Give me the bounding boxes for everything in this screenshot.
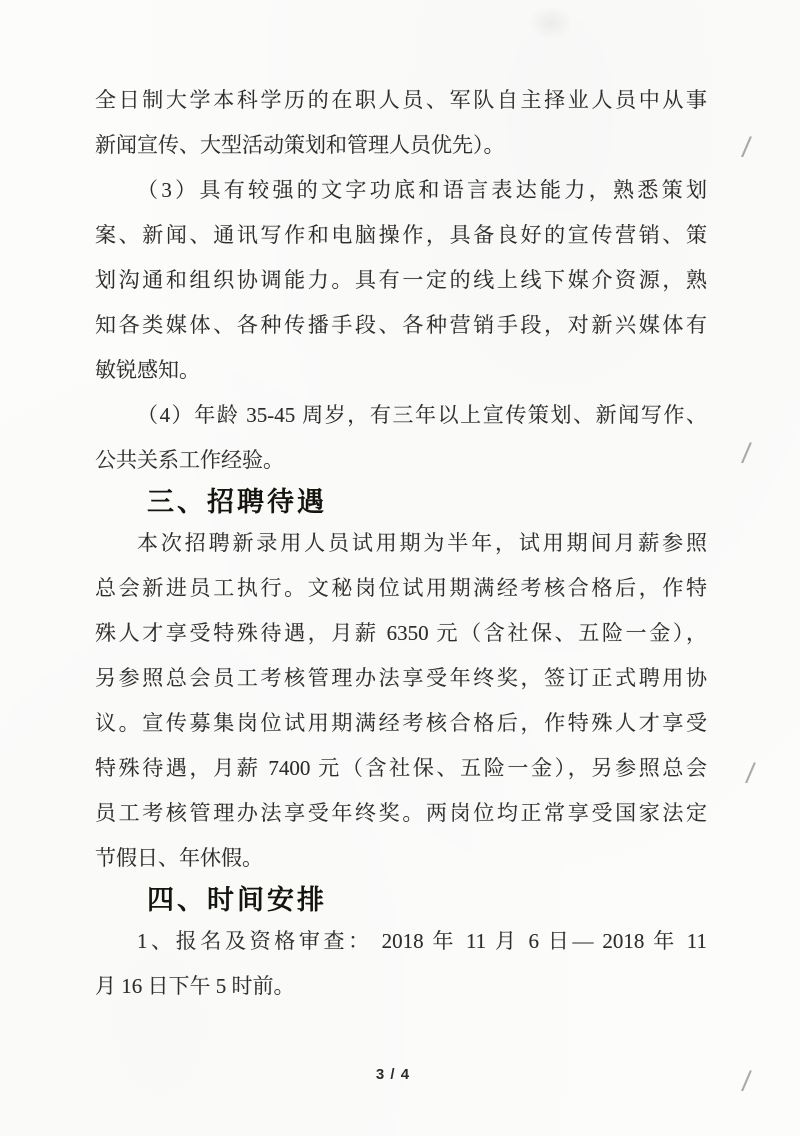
text-line: 敏锐感知。 (95, 348, 707, 393)
page-number: 3 / 4 (0, 1066, 786, 1083)
scan-smudge (528, 6, 574, 40)
scanned-document-page: 全日制大学本科学历的在职人员、军队自主择业人员中从事 新闻宣传、大型活动策划和管… (0, 0, 800, 1136)
text-line: （4）年龄 35-45 周岁，有三年以上宣传策划、新闻写作、 (95, 393, 707, 438)
text-line: 议。宣传募集岗位试用期满经考核合格后，作特殊人才享受 (95, 701, 707, 746)
text-line: 员工考核管理办法享受年终奖。两岗位均正常享受国家法定 (95, 791, 707, 836)
text-line: 总会新进员工执行。文秘岗位试用期满经考核合格后，作特 (95, 566, 707, 611)
text-line: 另参照总会员工考核管理办法享受年终奖，签订正式聘用协 (95, 656, 707, 701)
text-line: 节假日、年休假。 (95, 836, 707, 881)
text-line: 案、新闻、通讯写作和电脑操作，具备良好的宣传营销、策 (95, 213, 707, 258)
scan-artifact-slash: / (740, 438, 752, 469)
text-line: 划沟通和组织协调能力。具有一定的线上线下媒介资源，熟 (95, 258, 707, 303)
text-line: 新闻宣传、大型活动策划和管理人员优先）。 (95, 123, 707, 168)
document-body: 全日制大学本科学历的在职人员、军队自主择业人员中从事 新闻宣传、大型活动策划和管… (95, 78, 707, 1009)
section-heading-recruitment-benefits: 三、招聘待遇 (147, 483, 707, 521)
text-line: 公共关系工作经验。 (95, 438, 707, 483)
text-line: （3）具有较强的文字功底和语言表达能力，熟悉策划 (95, 168, 707, 213)
text-line: 特殊待遇，月薪 7400 元（含社保、五险一金），另参照总会 (95, 746, 707, 791)
text-line: 1、报名及资格审查： 2018 年 11 月 6 日— 2018 年 11 (95, 919, 707, 964)
section-heading-time-schedule: 四、时间安排 (147, 881, 707, 919)
text-line: 知各类媒体、各种传播手段、各种营销手段，对新兴媒体有 (95, 303, 707, 348)
scan-artifact-slash: / (740, 132, 752, 163)
text-line: 本次招聘新录用人员试用期为半年，试用期间月薪参照 (95, 521, 707, 566)
text-line: 月 16 日下午 5 时前。 (95, 964, 707, 1009)
scan-artifact-slash: / (744, 758, 756, 789)
text-line: 殊人才享受特殊待遇，月薪 6350 元（含社保、五险一金）， (95, 611, 707, 656)
text-line: 全日制大学本科学历的在职人员、军队自主择业人员中从事 (95, 78, 707, 123)
